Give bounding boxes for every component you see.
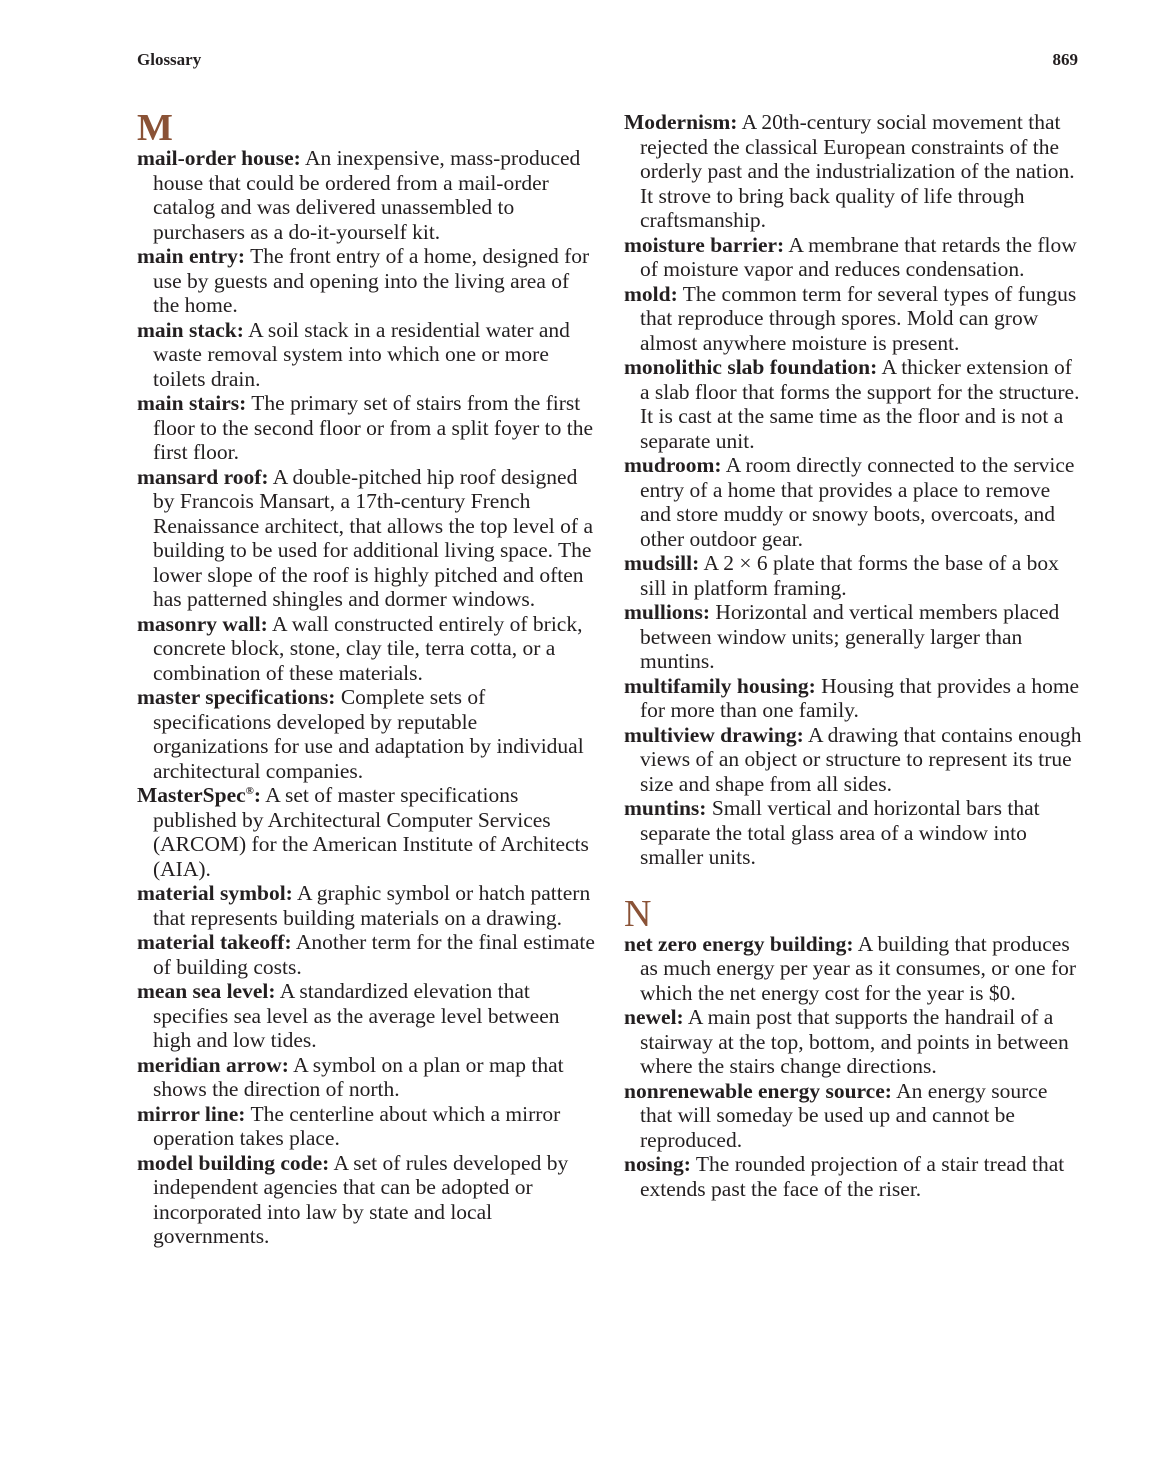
- glossary-entry: moisture barrier: A membrane that retard…: [624, 233, 1082, 282]
- entry-term: main stack:: [137, 318, 244, 342]
- entry-term: newel:: [624, 1005, 684, 1029]
- glossary-entry: main stack: A soil stack in a residentia…: [137, 318, 595, 392]
- section-title: Glossary: [137, 50, 201, 70]
- glossary-entry: mullions: Horizontal and vertical member…: [624, 600, 1082, 674]
- glossary-entry: newel: A main post that supports the han…: [624, 1005, 1082, 1079]
- entry-term: main entry:: [137, 244, 245, 268]
- entry-term: moisture barrier:: [624, 233, 784, 257]
- entry-term: multifamily housing:: [624, 674, 816, 698]
- registered-mark: ®: [246, 785, 254, 797]
- glossary-entry: monolithic slab foundation: A thicker ex…: [624, 355, 1082, 453]
- glossary-entry: multifamily housing: Housing that provid…: [624, 674, 1082, 723]
- glossary-entry: main entry: The front entry of a home, d…: [137, 244, 595, 318]
- glossary-entry: nosing: The rounded projection of a stai…: [624, 1152, 1082, 1201]
- glossary-entry: muntins: Small vertical and horizontal b…: [624, 796, 1082, 870]
- entry-term: mudroom:: [624, 453, 722, 477]
- entry-term: Modernism:: [624, 110, 737, 134]
- left-column: M mail-order house: An inexpensive, mass…: [137, 110, 595, 1249]
- glossary-entry: material takeoff: Another term for the f…: [137, 930, 595, 979]
- entry-term: meridian arrow:: [137, 1053, 289, 1077]
- entry-term: mansard roof:: [137, 465, 269, 489]
- entry-term: main stairs:: [137, 391, 246, 415]
- glossary-entry: model building code: A set of rules deve…: [137, 1151, 595, 1249]
- entry-term: material takeoff:: [137, 930, 292, 954]
- glossary-entry: mold: The common term for several types …: [624, 282, 1082, 356]
- entry-term: model building code:: [137, 1151, 329, 1175]
- glossary-entry: mudroom: A room directly connected to th…: [624, 453, 1082, 551]
- entry-definition: The rounded projection of a stair tread …: [640, 1152, 1064, 1201]
- section-letter-n: N: [624, 896, 1082, 932]
- running-head: Glossary 869: [137, 50, 1078, 70]
- entry-term: muntins:: [624, 796, 706, 820]
- glossary-entry: MasterSpec®: A set of master specificati…: [137, 783, 595, 881]
- entry-term: mudsill:: [624, 551, 699, 575]
- entry-term: net zero energy building:: [624, 932, 854, 956]
- entry-term: mirror line:: [137, 1102, 245, 1126]
- entry-term: mean sea level:: [137, 979, 276, 1003]
- right-column: Modernism: A 20th-century social movemen…: [624, 110, 1082, 1201]
- entry-term: master specifications:: [137, 685, 335, 709]
- entry-term: mail-order house:: [137, 146, 301, 170]
- entry-term: masonry wall:: [137, 612, 268, 636]
- entry-term: MasterSpec®:: [137, 783, 261, 807]
- entry-term: nosing:: [624, 1152, 691, 1176]
- glossary-entry: mirror line: The centerline about which …: [137, 1102, 595, 1151]
- glossary-entry: masonry wall: A wall constructed entirel…: [137, 612, 595, 686]
- entry-term: mullions:: [624, 600, 710, 624]
- glossary-entry: net zero energy building: A building tha…: [624, 932, 1082, 1006]
- entry-term: mold:: [624, 282, 678, 306]
- section-letter-m: M: [137, 110, 595, 146]
- entry-term-colon: :: [254, 783, 261, 807]
- glossary-entry: multiview drawing: A drawing that contai…: [624, 723, 1082, 797]
- glossary-entry: Modernism: A 20th-century social movemen…: [624, 110, 1082, 233]
- entry-definition: A main post that supports the handrail o…: [640, 1005, 1069, 1078]
- glossary-entry: main stairs: The primary set of stairs f…: [137, 391, 595, 465]
- entry-term: multiview drawing:: [624, 723, 804, 747]
- entry-term: material symbol:: [137, 881, 293, 905]
- glossary-entry: mean sea level: A standardized elevation…: [137, 979, 595, 1053]
- glossary-entry: material symbol: A graphic symbol or hat…: [137, 881, 595, 930]
- glossary-entry: meridian arrow: A symbol on a plan or ma…: [137, 1053, 595, 1102]
- entry-definition: The common term for several types of fun…: [640, 282, 1076, 355]
- entry-term: nonrenewable energy source:: [624, 1079, 892, 1103]
- entry-term-text: MasterSpec: [137, 783, 246, 807]
- entry-term: monolithic slab foundation:: [624, 355, 877, 379]
- glossary-entry: nonrenewable energy source: An energy so…: [624, 1079, 1082, 1153]
- glossary-entry: mansard roof: A double-pitched hip roof …: [137, 465, 595, 612]
- page-number: 869: [1053, 50, 1079, 70]
- entry-definition: A 2 × 6 plate that forms the base of a b…: [640, 551, 1059, 600]
- glossary-entry: master specifications: Complete sets of …: [137, 685, 595, 783]
- glossary-entry: mudsill: A 2 × 6 plate that forms the ba…: [624, 551, 1082, 600]
- glossary-entry: mail-order house: An inexpensive, mass-p…: [137, 146, 595, 244]
